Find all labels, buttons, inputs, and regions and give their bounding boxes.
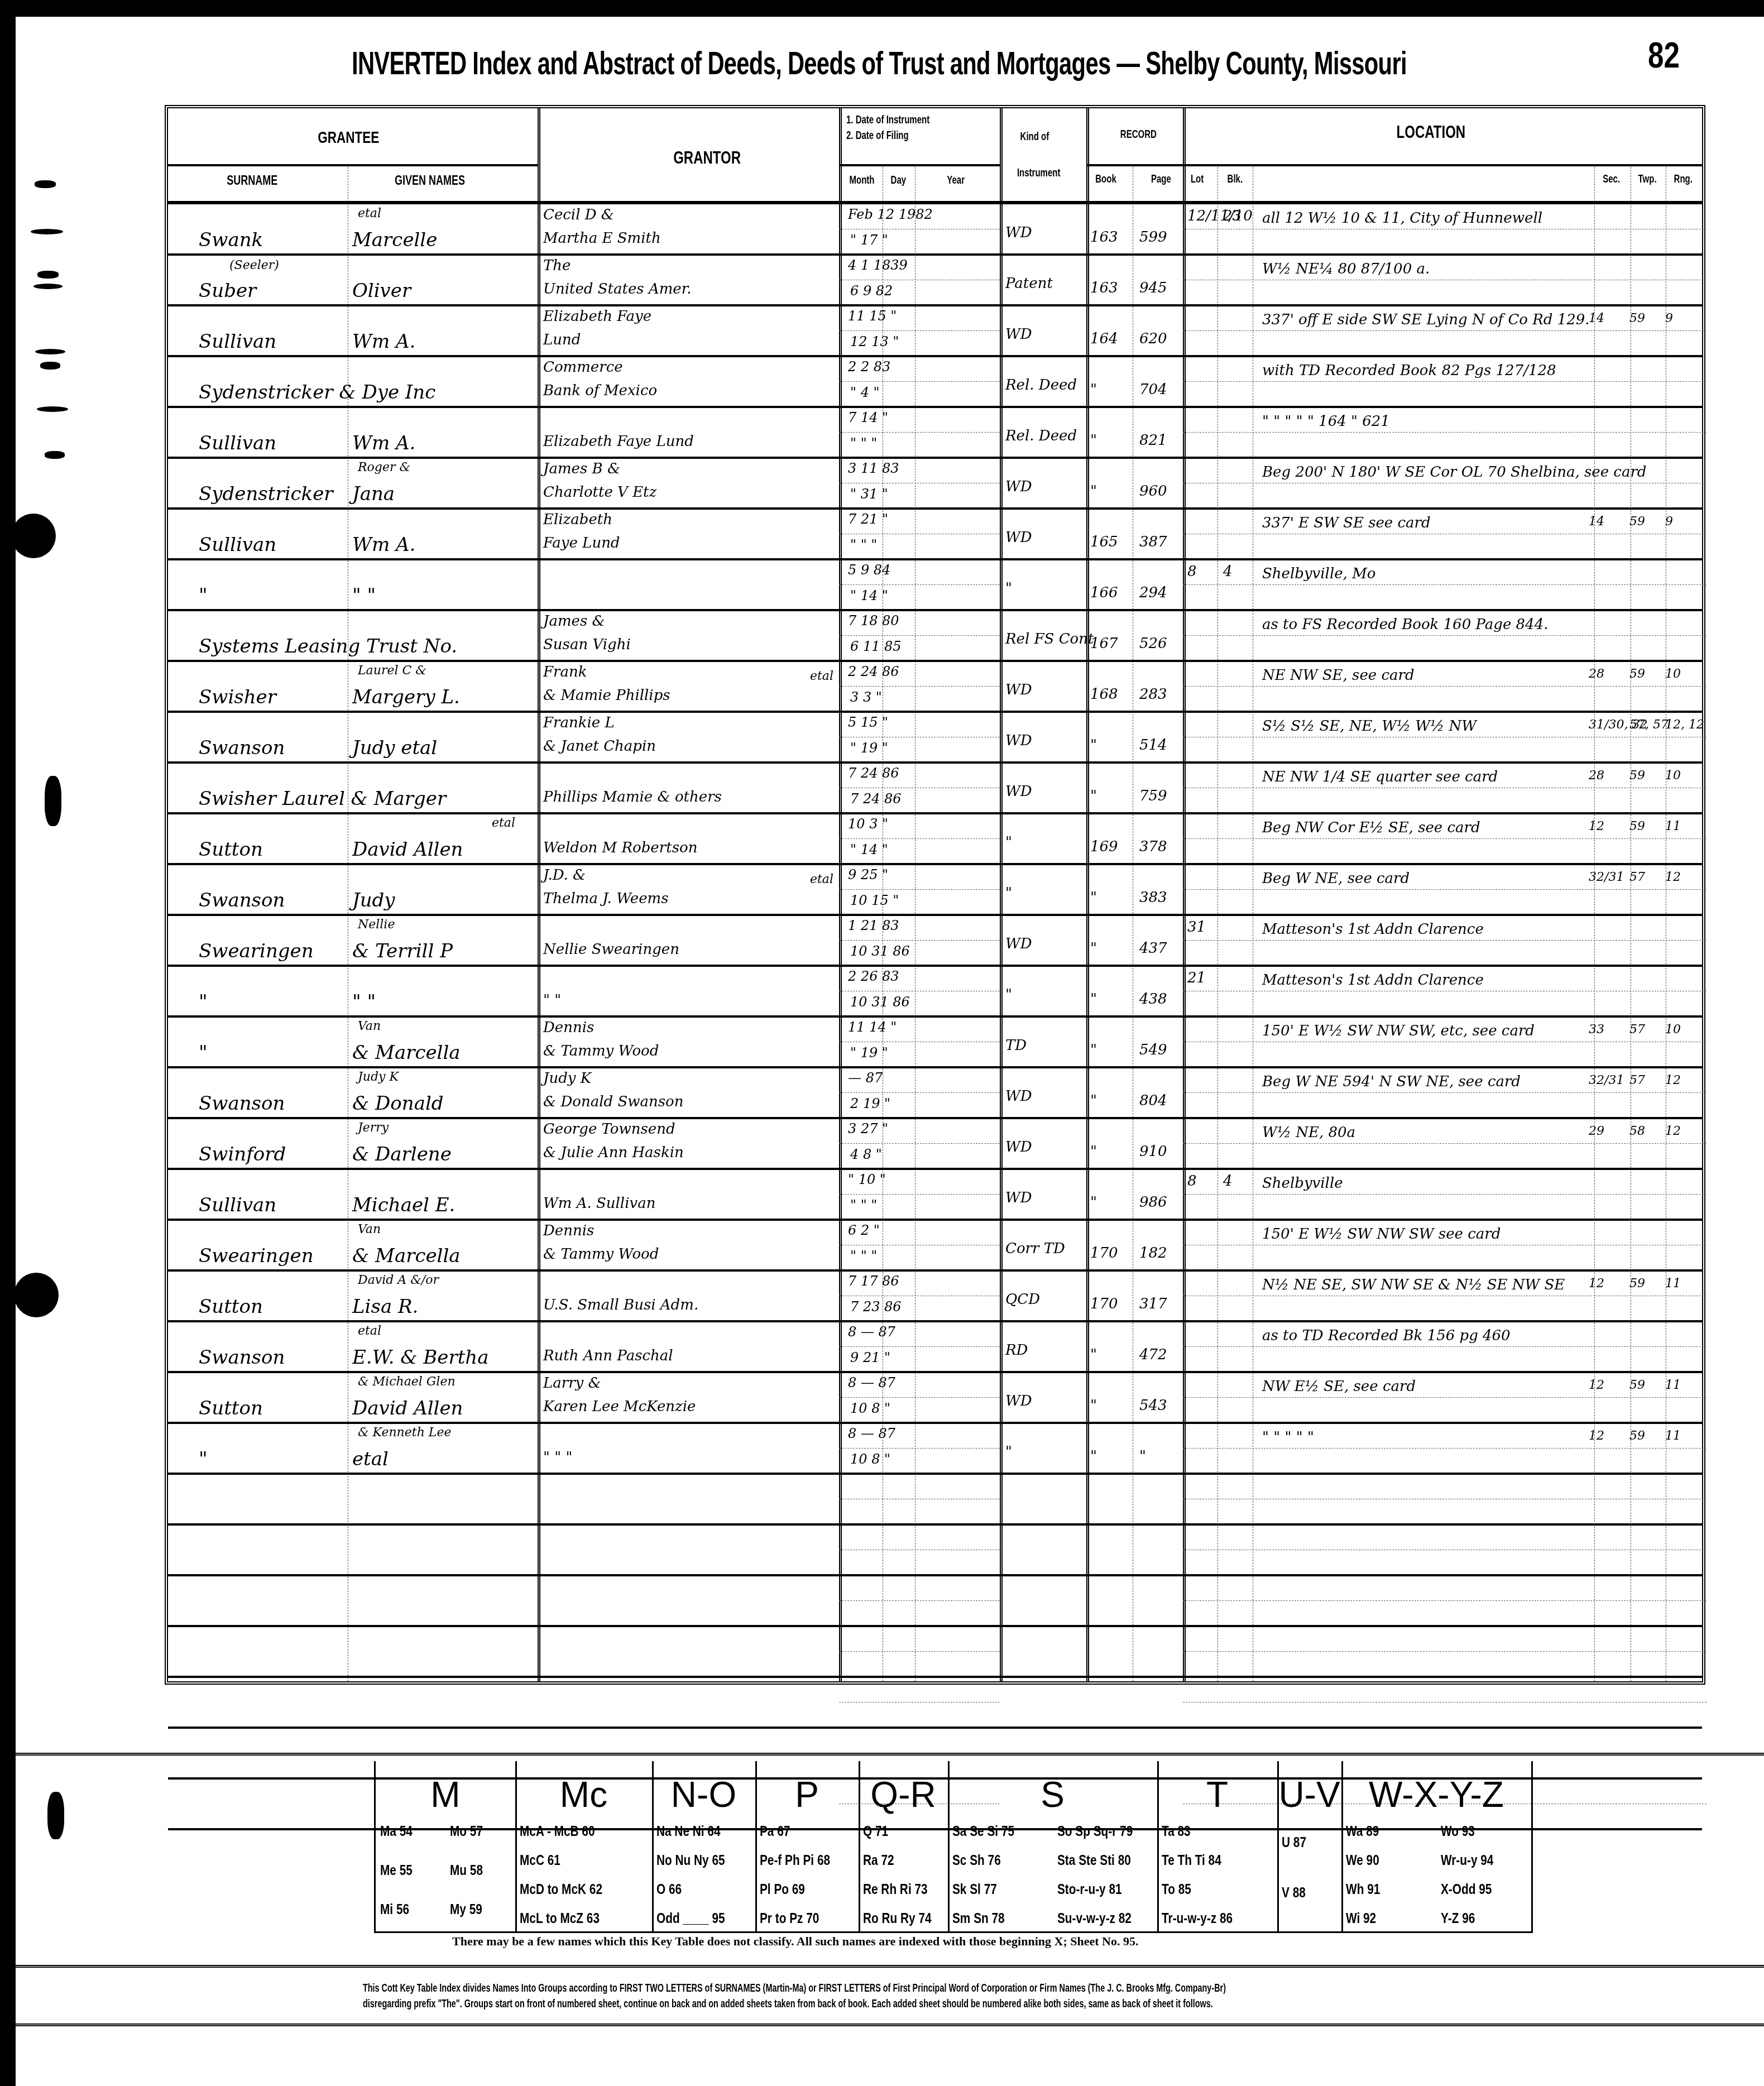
cell-surname: " (199, 991, 208, 1013)
key-entry: Pl Po 69 (760, 1881, 805, 1898)
cell-kind: WD (1005, 936, 1032, 952)
cell-date1: 2 26 83 (848, 968, 899, 984)
key-entry: Sto-r-u-y 81 (1057, 1881, 1122, 1898)
cell-date2: " 14 " (850, 842, 888, 857)
cell-rng: 12 (1665, 870, 1681, 884)
cell-book: " (1090, 381, 1097, 398)
table-row: SwansonJudy etalFrankie L& Janet Chapin5… (168, 712, 1702, 763)
cell-grantor: Wm A. Sullivan (543, 1195, 655, 1212)
key-entry-sheet: 72 (881, 1852, 894, 1868)
key-entry-prefix: Sm Sn (952, 1910, 989, 1926)
cell-surname: Swank (199, 229, 263, 251)
key-group-mc: McMcA - McB 60McC 61McD to McK 62McL to … (515, 1761, 654, 1931)
cell-grantor-note: etal (810, 872, 833, 886)
row-subdivider (1183, 280, 1707, 280)
cell-kind: " (1005, 1444, 1012, 1460)
cell-surname: Swearingen (199, 1245, 314, 1267)
key-entry-sheet: 89 (1366, 1823, 1379, 1839)
cell-grantor-top: Elizabeth Faye (543, 308, 651, 325)
cell-book: " (1090, 432, 1097, 449)
key-table: MMa 54Me 55Mi 56Mo 57Mu 58My 59McMcA - M… (374, 1761, 1533, 1933)
key-entry-sheet: 54 (400, 1823, 413, 1839)
cell-date2: " 31 " (850, 486, 888, 502)
key-entry-sheet: 77 (984, 1881, 997, 1897)
row-subdivider (1183, 381, 1707, 382)
cell-page: 960 (1139, 483, 1167, 500)
binder-hole (47, 1792, 64, 1839)
key-group-letter: S (948, 1772, 1157, 1817)
cell-grantor-top: Commerce (543, 359, 623, 376)
key-entry: Sk Sl 77 (952, 1881, 997, 1898)
key-entry-sheet: 59 (469, 1901, 482, 1917)
ledger-table: GRANTEE SURNAME GIVEN NAMES GRANTOR 1. D… (165, 105, 1705, 1685)
key-group-p: PPa 67Pe-f Ph Pi 68Pl Po 69Pr to Pz 70 (755, 1761, 860, 1931)
key-entry-prefix: So Sp Sq-r (1057, 1823, 1116, 1839)
table-row: SuttonDavid A &/orLisa R.U.S. Small Busi… (168, 1271, 1702, 1321)
row-subdivider (839, 788, 1000, 788)
row-subdivider (839, 686, 1000, 687)
row-subdivider (1183, 1448, 1707, 1449)
cell-rng: 11 (1665, 1277, 1681, 1291)
cell-page: 283 (1139, 686, 1167, 703)
key-entry-prefix: Me (380, 1862, 396, 1878)
cell-grantor-top: Frankie L (543, 714, 615, 731)
cell-grantor: Weldon M Robertson (543, 840, 697, 856)
key-entry-prefix: Mu (450, 1862, 467, 1878)
cell-date2: 10 8 " (850, 1451, 890, 1467)
cell-grantor-top: Cecil D & (543, 207, 614, 223)
key-group-letter: Mc (515, 1772, 652, 1817)
cell-date2: " " " (850, 537, 877, 553)
divider (168, 164, 538, 166)
table-row: "Van& MarcellaDennis& Tammy Wood11 14 ""… (168, 1017, 1702, 1067)
row-subdivider (1183, 432, 1707, 433)
key-entry: Ro Ru Ry 74 (863, 1910, 932, 1927)
cell-date2: 4 8 " (850, 1147, 882, 1162)
cell-surname: Swisher Laurel & Marger (199, 788, 446, 810)
cell-book: " (1090, 788, 1097, 804)
cell-grantor-note: etal (810, 669, 833, 683)
footer-instructions: This Cott Key Table Index divides Names … (363, 1980, 1226, 2012)
cell-surname-top: (Seeler) (229, 258, 279, 272)
row-subdivider (839, 1143, 1000, 1144)
row-subdivider (1183, 1194, 1707, 1195)
cell-page: 549 (1139, 1042, 1167, 1058)
header-instrument: Instrument (1017, 167, 1061, 180)
row-subdivider (1183, 1346, 1707, 1347)
header-book: Book (1095, 173, 1116, 186)
key-entry: So Sp Sq-r 79 (1057, 1823, 1133, 1840)
cell-kind: WD (1005, 529, 1032, 546)
header-twp: Twp. (1638, 173, 1657, 186)
cell-date1: 3 11 83 (848, 461, 899, 476)
key-entry: McA - McB 60 (520, 1823, 595, 1840)
cell-kind: WD (1005, 1139, 1032, 1155)
cell-grantor-top: Dennis (543, 1019, 594, 1036)
cell-date1: 4 1 1839 (848, 257, 908, 273)
cell-surname: Sullivan (199, 534, 276, 556)
cell-rng: 10 (1665, 667, 1681, 681)
cell-given: E.W. & Bertha (352, 1346, 489, 1369)
cell-book: " (1090, 1092, 1097, 1109)
key-group-q-r: Q-RQ 71Ra 72Re Rh Ri 73Ro Ru Ry 74 (859, 1761, 950, 1931)
key-group-letter: M (376, 1772, 515, 1817)
key-entry-prefix: Wr-u-y (1441, 1852, 1477, 1868)
key-entry: Mo 57 (450, 1823, 483, 1840)
row-subdivider (839, 635, 1000, 636)
key-entry: To 85 (1162, 1881, 1191, 1898)
key-entry-sheet: 88 (1293, 1884, 1306, 1901)
row-subdivider (839, 534, 1000, 534)
key-entry: Pr to Pz 70 (760, 1910, 819, 1927)
key-entry: U 87 (1282, 1834, 1306, 1851)
key-entry-sheet: 82 (1118, 1910, 1131, 1926)
header-grantor: GRANTOR (673, 147, 741, 168)
cell-sec: 14 (1589, 515, 1604, 529)
row-subdivider (1183, 1245, 1707, 1245)
header-month: Month (849, 174, 874, 187)
key-entry: Re Rh Ri 73 (863, 1881, 928, 1898)
table-row: SuttonDavid AllenetalWeldon M Robertson1… (168, 814, 1702, 864)
cell-given: Michael E. (352, 1194, 455, 1216)
divider (0, 1753, 1764, 1756)
key-entry-sheet: 65 (712, 1852, 725, 1868)
table-row: SydenstrickerRoger &JanaJames B &Charlot… (168, 458, 1702, 509)
cell-given: Jana (352, 483, 395, 505)
cell-date2: 10 8 " (850, 1401, 890, 1416)
key-entry-sheet: 58 (470, 1862, 483, 1878)
row-subdivider (1183, 1143, 1707, 1144)
row-subdivider (1183, 991, 1707, 991)
table-row: SwansonJudyJ.D. &Thelma J. Weemsetal9 25… (168, 865, 1702, 915)
cell-kind: WD (1005, 326, 1032, 343)
cell-given: David Allen (352, 838, 463, 861)
cell-twp: 59 (1629, 1277, 1645, 1291)
cell-rng: 11 (1665, 1429, 1681, 1443)
key-entry-sheet: 84 (1209, 1852, 1221, 1868)
cell-twp: 57 (1629, 1023, 1645, 1037)
key-entry: Sta Ste Sti 80 (1057, 1852, 1131, 1869)
key-group-w-x-y-z: W-X-Y-ZWa 89We 90Wh 91Wi 92Wo 93Wr-u-y 9… (1341, 1761, 1533, 1931)
binder-hole (37, 406, 68, 412)
cell-surname: " (199, 1042, 208, 1064)
cell-location: NE NW 1/4 SE quarter see card (1262, 769, 1498, 785)
cell-surname: Swanson (199, 1346, 285, 1369)
cell-given: Wm A. (352, 330, 415, 353)
cell-kind: WD (1005, 1393, 1032, 1409)
table-row: Sydenstricker & Dye IncCommerceBank of M… (168, 357, 1702, 407)
divider (1086, 164, 1183, 166)
row-subdivider (839, 584, 1000, 585)
cell-rng: 9 (1665, 311, 1673, 325)
key-entry-prefix: Sc Sh (952, 1852, 985, 1868)
cell-location: Shelbyville, Mo (1262, 565, 1375, 582)
cell-kind: WD (1005, 682, 1032, 698)
cell-kind: Rel. Deed (1005, 428, 1077, 444)
divider (839, 164, 1000, 166)
key-entry: My 59 (450, 1901, 482, 1918)
scan-top-edge (0, 0, 1764, 17)
row-subdivider (1183, 889, 1707, 890)
header-grantee: GRANTEE (318, 128, 379, 147)
row-subdivider (839, 889, 1000, 890)
cell-book: " (1090, 737, 1097, 754)
header-year: Year (947, 174, 965, 187)
cell-given: & Marcella (352, 1042, 461, 1064)
header-date-instrument: 1. Date of Instrument (846, 114, 929, 127)
cell-twp: 59 (1629, 769, 1645, 783)
cell-given: Margery L. (352, 686, 460, 708)
cell-kind: Rel FS Cont (1005, 631, 1094, 648)
cell-grantor-top: James & (543, 613, 605, 630)
cell-grantor: Phillips Mamie & others (543, 789, 722, 805)
cell-date2: 6 9 82 (850, 283, 893, 299)
cell-date1: 7 17 86 (848, 1273, 899, 1289)
key-entry-prefix: McL to McZ (520, 1910, 583, 1926)
row-subdivider (839, 1042, 1000, 1042)
cell-given-top: etal (358, 1324, 381, 1338)
cell-given: Oliver (352, 280, 411, 302)
table-row: "& Kenneth Leeetal" " "8 — 8710 8 """"" … (168, 1423, 1702, 1474)
key-entry-sheet: 68 (817, 1852, 830, 1868)
key-entry-prefix: McC (520, 1852, 544, 1868)
cell-page: 514 (1139, 737, 1167, 754)
cell-surname: Sutton (199, 838, 263, 861)
cell-grantor: " " " (543, 1449, 572, 1466)
cell-date2: " 19 " (850, 740, 888, 756)
key-entry: Wo 93 (1441, 1823, 1475, 1840)
cell-given-top: etal (358, 207, 381, 220)
cell-grantor: Thelma J. Weems (543, 890, 669, 907)
cell-given: David Allen (352, 1397, 463, 1420)
table-row: SullivanMichael E.Wm A. Sullivan" 10 "" … (168, 1169, 1702, 1220)
cell-date1: 11 15 " (848, 308, 897, 324)
row-subdivider (1183, 940, 1707, 941)
key-group-letter: T (1157, 1772, 1277, 1817)
cell-location: N½ NE SE, SW NW SE & N½ SE NW SE (1262, 1277, 1565, 1293)
cell-given-top: & Michael Glen (358, 1375, 456, 1389)
key-entry-sheet: 85 (1178, 1881, 1191, 1897)
cell-date1: 2 2 83 (848, 359, 890, 375)
cell-book: " (1090, 1448, 1097, 1465)
cell-twp: 59 (1629, 515, 1645, 529)
cell-given: " " (352, 991, 376, 1013)
cell-date2: 2 19 " (850, 1096, 890, 1111)
cell-grantor: & Tammy Wood (543, 1043, 659, 1059)
table-row: SwanketalMarcelleCecil D &Martha E Smith… (168, 204, 1702, 255)
key-entry: Pe-f Ph Pi 68 (760, 1852, 830, 1869)
cell-kind: Corr TD (1005, 1240, 1065, 1257)
cell-date1: 7 21 " (848, 511, 888, 527)
key-entry-sheet: 60 (582, 1823, 595, 1839)
cell-surname: Sydenstricker & Dye Inc (199, 381, 435, 404)
cell-date1: 7 18 80 (848, 613, 899, 629)
key-group-letter: U-V (1277, 1772, 1341, 1817)
cell-book: 166 (1090, 584, 1118, 601)
key-entry-sheet: 95 (712, 1910, 725, 1926)
cell-surname: Swinford (199, 1143, 286, 1166)
cell-location: 337' off E side SW SE Lying N of Co Rd 1… (1262, 311, 1590, 328)
cell-book: " (1090, 1397, 1097, 1414)
row-subdivider (839, 1499, 1000, 1499)
key-entry: Sa Se Si 75 (952, 1823, 1014, 1840)
cell-date2: " 14 " (850, 588, 888, 603)
cell-page: 387 (1139, 534, 1167, 550)
row-subdivider (839, 991, 1000, 991)
empty-row (168, 1474, 1702, 1524)
cell-kind: WD (1005, 224, 1032, 241)
row-subdivider (839, 940, 1000, 941)
key-entry: Pa 67 (760, 1823, 790, 1840)
row-subdivider (1183, 686, 1707, 687)
cell-location: all 12 W½ 10 & 11, City of Hunnewell (1262, 210, 1542, 227)
key-entry-sheet: 64 (707, 1823, 720, 1839)
cell-date1: 5 15 " (848, 714, 888, 730)
key-entry-sheet: 92 (1363, 1910, 1376, 1926)
cell-kind: " (1005, 986, 1012, 1003)
cell-twp: 59 (1629, 667, 1645, 681)
row-subdivider (1183, 534, 1707, 534)
key-entry-sheet: 73 (914, 1881, 927, 1897)
key-entry-sheet: 66 (669, 1881, 682, 1897)
cell-sec: 29 (1589, 1124, 1604, 1138)
cell-sec: 32/31 (1589, 870, 1624, 884)
cell-date2: " 17 " (850, 232, 888, 248)
key-entry: No Nu Ny 65 (656, 1852, 725, 1869)
cell-sec: 12 (1589, 1429, 1604, 1443)
key-entry: Tr-u-w-y-z 86 (1162, 1910, 1233, 1927)
key-entry-prefix: Mi (380, 1901, 393, 1917)
key-entry-prefix: Ma (380, 1823, 396, 1839)
header-page: Page (1151, 173, 1171, 186)
key-entry: Ra 72 (863, 1852, 894, 1869)
cell-grantor: Martha E Smith (543, 230, 661, 247)
row-subdivider (1183, 635, 1707, 636)
cell-sec: 33 (1589, 1023, 1604, 1037)
cell-page: 182 (1139, 1245, 1167, 1262)
cell-surname: Sullivan (199, 1194, 276, 1216)
cell-surname: Swanson (199, 1092, 285, 1115)
cell-page: " (1139, 1448, 1146, 1465)
row-subdivider (1183, 1499, 1707, 1499)
cell-kind: WD (1005, 732, 1032, 749)
key-entry-prefix: My (450, 1901, 466, 1917)
key-entry-prefix: Sa Se Si (952, 1823, 998, 1839)
cell-grantor: " " (543, 992, 561, 1009)
cell-date1: 5 9 84 (848, 562, 890, 578)
cell-book: 163 (1090, 229, 1118, 246)
table-row: SullivanWm A.ElizabethFaye Lund7 21 "" "… (168, 509, 1702, 559)
row-subdivider (839, 330, 1000, 331)
cell-grantor-top: Frank (543, 664, 587, 680)
cell-location: " " " " " (1262, 1429, 1314, 1446)
cell-date2: 12 13 " (850, 334, 899, 349)
cell-grantor: United States Amer. (543, 281, 692, 298)
key-entry-prefix: Ro Ru Ry (863, 1910, 915, 1926)
divider (1183, 164, 1702, 166)
binder-hole (37, 271, 59, 279)
cell-page: 804 (1139, 1092, 1167, 1109)
cell-kind: WD (1005, 783, 1032, 800)
key-entry-prefix: Te Th Ti (1162, 1852, 1205, 1868)
cell-sec: 12 (1589, 1378, 1604, 1392)
cell-date2: " " " (850, 1248, 877, 1264)
key-entry-prefix: Wh (1346, 1881, 1364, 1897)
key-group-letter: Q-R (859, 1772, 948, 1817)
key-entry-prefix: Pa (760, 1823, 774, 1839)
row-subdivider (839, 1651, 1000, 1652)
cell-page: 821 (1139, 432, 1167, 449)
cell-location: Beg W NE 594' N SW NE, see card (1262, 1073, 1521, 1090)
key-entry: Mu 58 (450, 1862, 483, 1879)
key-entry-sheet: 94 (1480, 1852, 1493, 1868)
table-row: "" "5 9 84" 14 ""16629484Shelbyville, Mo (168, 560, 1702, 610)
key-entry-sheet: 96 (1462, 1910, 1475, 1926)
table-row: Sutton& Michael GlenDavid AllenLarry &Ka… (168, 1373, 1702, 1423)
cell-lot: 8 (1187, 1173, 1197, 1190)
page-number: 82 (1648, 35, 1680, 76)
key-entry: Y-Z 96 (1441, 1910, 1475, 1927)
cell-page: 437 (1139, 940, 1167, 957)
table-row: SwansonetalE.W. & BerthaRuth Ann Paschal… (168, 1322, 1702, 1372)
key-group-letter: P (755, 1772, 859, 1817)
cell-kind: " (1005, 834, 1012, 851)
row-subdivider (1183, 1296, 1707, 1296)
cell-grantor-top: James B & (543, 461, 620, 477)
cell-page: 945 (1139, 280, 1167, 296)
cell-book: " (1090, 1194, 1097, 1211)
cell-page: 383 (1139, 889, 1167, 906)
table-row: (Seeler)SuberOliverTheUnited States Amer… (168, 255, 1702, 305)
cell-date1: " 10 " (848, 1172, 886, 1187)
key-entry-sheet: 74 (918, 1910, 931, 1926)
key-entry: McC 61 (520, 1852, 560, 1869)
cell-rng: 12, 12 (1665, 718, 1704, 732)
cell-surname: Swearingen (199, 940, 314, 962)
cell-page: 543 (1139, 1397, 1167, 1414)
header-blk: Blk. (1228, 173, 1243, 186)
table-row: Swisher Laurel & MargerPhillips Mamie & … (168, 763, 1702, 813)
cell-date1: 9 25 " (848, 867, 888, 883)
cell-date1: Feb 12 1982 (848, 207, 933, 222)
key-entry-sheet: 76 (988, 1852, 1001, 1868)
cell-grantor: U.S. Small Busi Adm. (543, 1297, 698, 1313)
cell-location: with TD Recorded Book 82 Pgs 127/128 (1262, 362, 1556, 379)
key-entry-prefix: O (656, 1881, 665, 1897)
table-row: "" "" "2 26 8310 31 86""43821Matteson's … (168, 966, 1702, 1016)
cell-grantor-top: Elizabeth (543, 511, 612, 528)
binder-hole (35, 180, 56, 188)
row-subdivider (1183, 1550, 1707, 1550)
cell-page: 620 (1139, 330, 1167, 347)
cell-given: Wm A. (352, 534, 415, 556)
cell-date1: 10 3 " (848, 816, 888, 832)
divider (0, 1965, 1764, 1968)
cell-location: Matteson's 1st Addn Clarence (1262, 921, 1484, 938)
empty-row (168, 1677, 1702, 1728)
key-entry-sheet: 80 (1118, 1852, 1130, 1868)
header-surname: SURNAME (227, 173, 277, 189)
key-group-letter: W-X-Y-Z (1341, 1772, 1531, 1817)
cell-date1: 1 21 83 (848, 918, 899, 933)
cell-surname: Sullivan (199, 432, 276, 454)
cell-book: " (1090, 940, 1097, 957)
cell-date2: " 4 " (850, 385, 880, 400)
key-entry-prefix: No Nu Ny (656, 1852, 709, 1868)
cell-twp: 58 (1629, 1124, 1645, 1138)
cell-page: 294 (1139, 584, 1167, 601)
divider (0, 2023, 1764, 2026)
